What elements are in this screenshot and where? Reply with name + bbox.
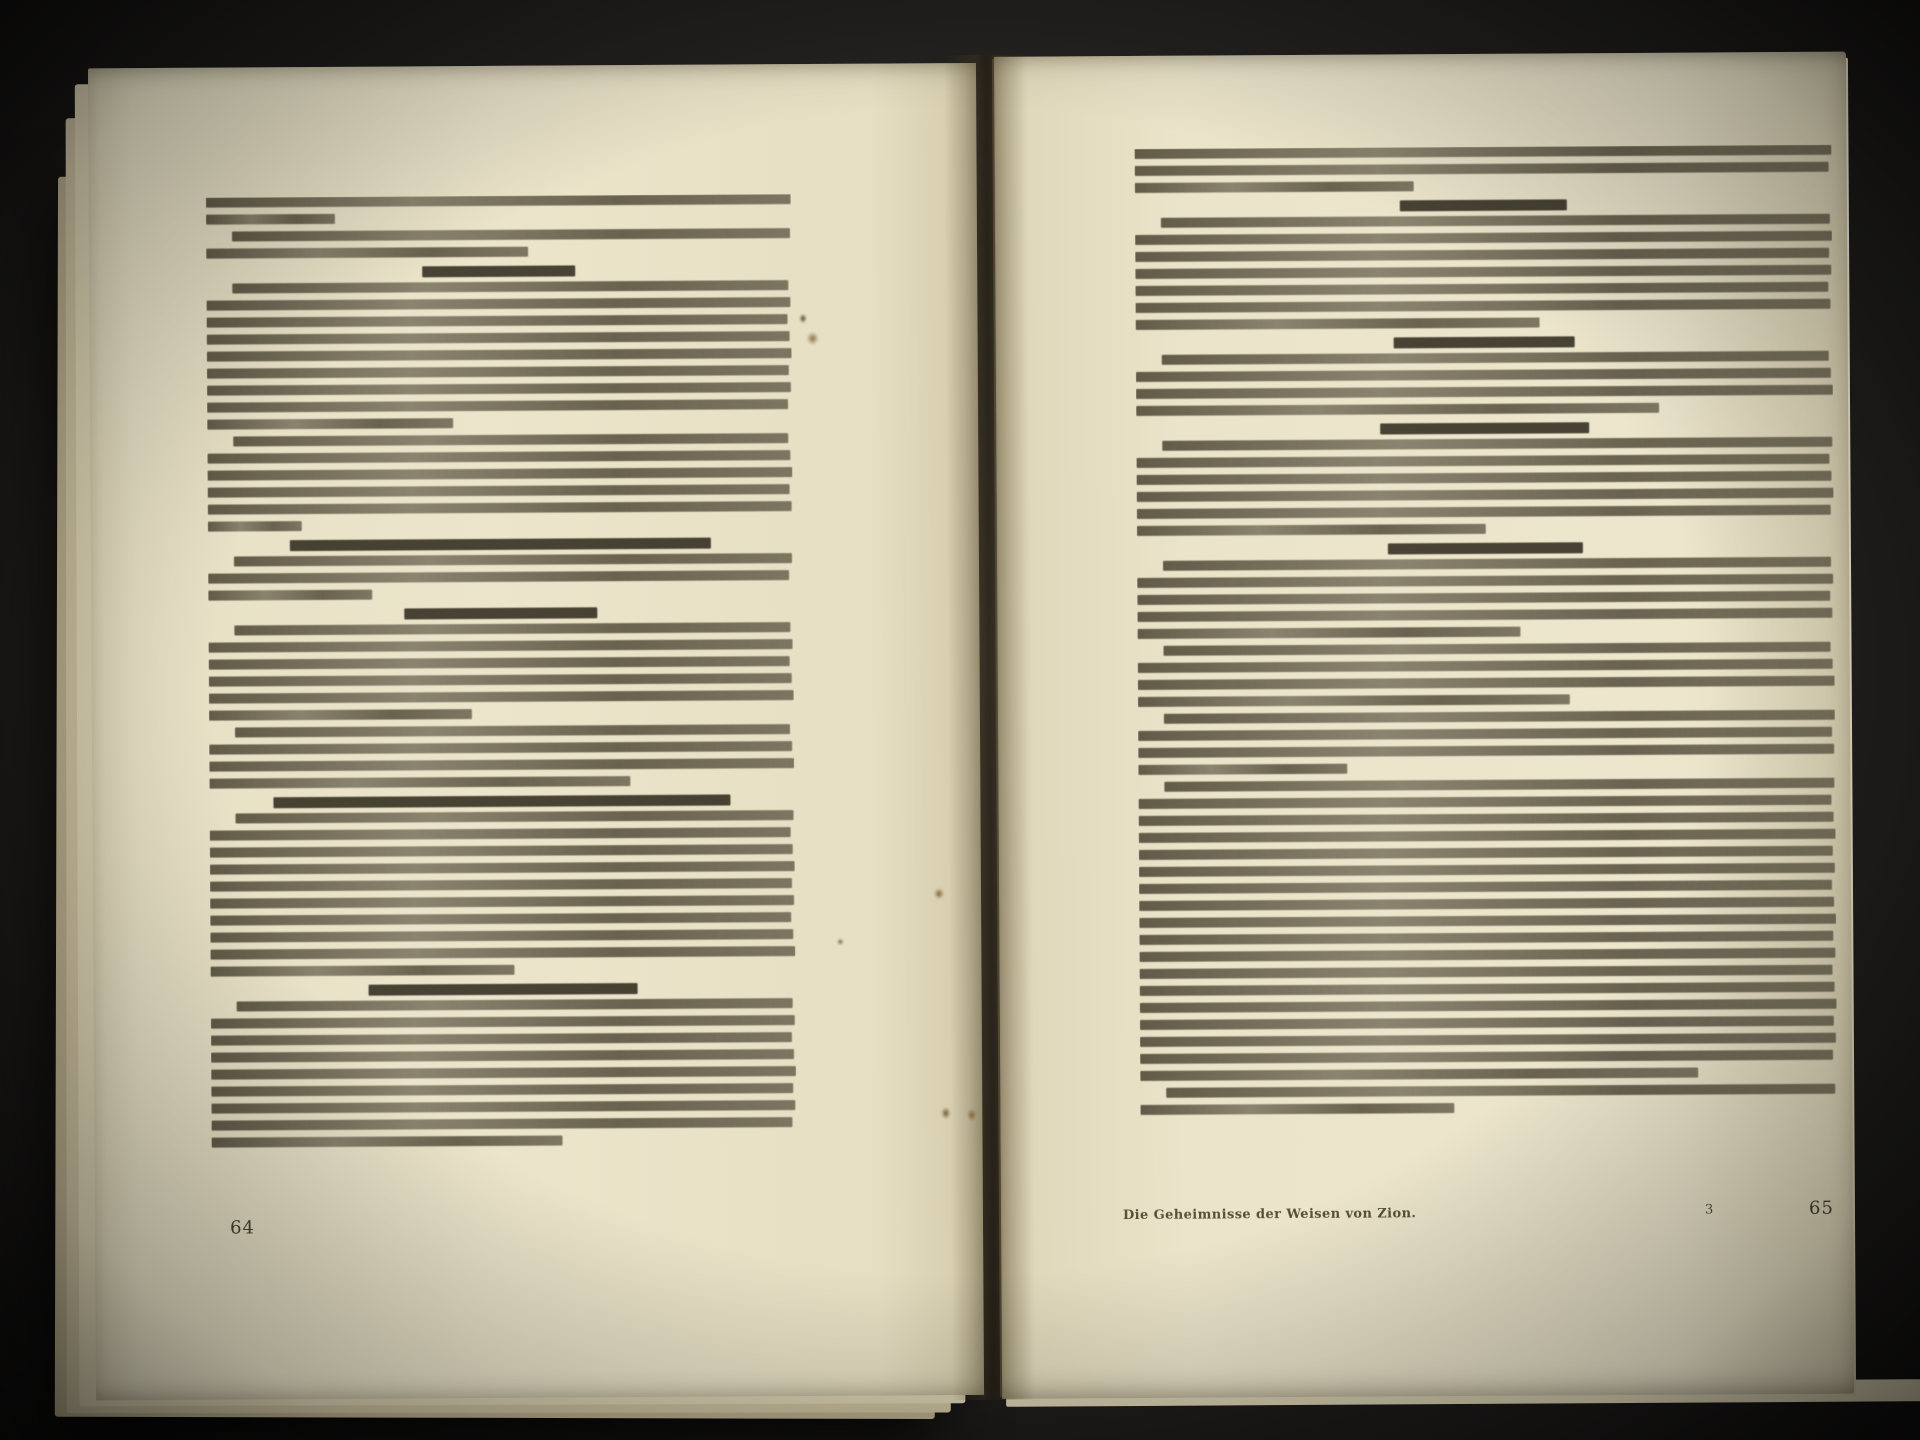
text-line-placeholder — [206, 314, 787, 328]
text-line-placeholder — [207, 467, 792, 481]
foxing-spot — [807, 332, 819, 345]
text-line-placeholder — [1140, 1103, 1454, 1115]
text-line-placeholder — [232, 228, 790, 241]
text-line-placeholder — [211, 1083, 793, 1097]
text-line-placeholder — [210, 844, 793, 858]
foxing-spot — [934, 888, 944, 899]
text-line-placeholder — [209, 758, 794, 772]
text-line-placeholder — [1135, 299, 1830, 313]
text-line-placeholder — [1135, 181, 1414, 193]
left-page: 64 — [88, 63, 984, 1400]
right-page: Die Geheimnisse der Weisen von Zion. 3 6… — [994, 52, 1854, 1399]
text-line-placeholder — [210, 929, 793, 943]
text-line-placeholder — [207, 418, 453, 430]
text-line-placeholder — [207, 399, 788, 413]
book-photograph: 64 Die Geheimnisse der Weisen von Zion. … — [0, 0, 1920, 1440]
page-gutter-shadow — [944, 55, 1036, 1400]
text-line-placeholder — [208, 484, 790, 498]
text-line-placeholder — [1140, 999, 1837, 1013]
text-line-placeholder — [1138, 659, 1833, 673]
section-heading-placeholder — [423, 265, 575, 277]
text-line-placeholder — [1136, 318, 1540, 330]
text-line-placeholder — [1140, 982, 1835, 996]
text-line-placeholder — [1161, 214, 1830, 228]
text-line-placeholder — [1135, 231, 1832, 245]
left-page-text-block — [206, 194, 797, 1216]
text-line-placeholder — [1166, 1084, 1835, 1098]
text-line-placeholder — [210, 965, 514, 977]
text-line-placeholder — [207, 382, 791, 396]
text-line-placeholder — [1137, 524, 1486, 536]
text-line-placeholder — [1136, 471, 1831, 485]
text-line-placeholder — [1136, 368, 1831, 382]
text-line-placeholder — [211, 1066, 796, 1080]
text-line-placeholder — [1137, 627, 1520, 639]
section-heading-placeholder — [1394, 336, 1575, 348]
text-line-placeholder — [232, 280, 788, 293]
section-heading-placeholder — [1380, 422, 1589, 434]
text-line-placeholder — [1139, 965, 1832, 979]
text-line-placeholder — [1136, 385, 1833, 399]
right-page-text-block — [1134, 145, 1837, 1189]
page-number-right: 65 — [1809, 1198, 1834, 1219]
foxing-spot — [837, 939, 843, 945]
section-heading-placeholder — [369, 983, 638, 996]
text-line-placeholder — [1164, 642, 1831, 656]
text-line-placeholder — [234, 622, 790, 635]
text-line-placeholder — [237, 998, 793, 1011]
text-line-placeholder — [1140, 1033, 1836, 1047]
section-heading-placeholder — [274, 794, 730, 808]
open-book: 64 Die Geheimnisse der Weisen von Zion. … — [86, 50, 1854, 1406]
running-title: Die Geheimnisse der Weisen von Zion. — [1123, 1206, 1416, 1223]
text-line-placeholder — [234, 553, 792, 566]
text-line-placeholder — [1138, 727, 1832, 741]
text-line-placeholder — [1135, 248, 1829, 262]
text-line-placeholder — [207, 331, 790, 345]
text-line-placeholder — [1139, 880, 1832, 894]
text-line-placeholder — [1134, 145, 1831, 159]
text-line-placeholder — [1162, 437, 1832, 451]
text-line-placeholder — [208, 521, 302, 532]
text-line-placeholder — [206, 214, 335, 225]
text-line-placeholder — [209, 776, 630, 789]
text-line-placeholder — [209, 741, 792, 755]
text-line-placeholder — [209, 709, 472, 721]
text-line-placeholder — [1139, 846, 1833, 860]
text-line-placeholder — [1136, 454, 1829, 468]
text-line-placeholder — [206, 247, 528, 259]
text-line-placeholder — [210, 878, 792, 892]
text-line-placeholder — [1138, 764, 1347, 775]
text-line-placeholder — [1163, 557, 1831, 571]
section-heading-placeholder — [290, 538, 711, 552]
text-line-placeholder — [210, 912, 791, 926]
text-line-placeholder — [210, 861, 795, 875]
text-line-placeholder — [1140, 1050, 1833, 1064]
text-line-placeholder — [1137, 591, 1830, 605]
text-line-placeholder — [207, 450, 790, 464]
text-line-placeholder — [1164, 778, 1834, 792]
text-line-placeholder — [1164, 710, 1835, 724]
text-line-placeholder — [207, 365, 789, 379]
text-line-placeholder — [1139, 914, 1836, 928]
section-heading-placeholder — [1400, 199, 1567, 211]
text-line-placeholder — [235, 724, 790, 737]
foxing-spot — [941, 1107, 950, 1119]
text-line-placeholder — [211, 1117, 792, 1131]
text-line-placeholder — [1139, 897, 1834, 911]
text-line-placeholder — [1138, 694, 1570, 707]
text-line-placeholder — [1135, 265, 1831, 279]
text-line-placeholder — [206, 297, 790, 311]
text-line-placeholder — [1138, 676, 1835, 690]
text-line-placeholder — [211, 1135, 562, 1147]
text-line-placeholder — [1139, 948, 1835, 962]
text-line-placeholder — [1140, 1016, 1834, 1030]
text-line-placeholder — [1135, 282, 1828, 296]
text-line-placeholder — [233, 433, 788, 446]
text-line-placeholder — [1138, 795, 1831, 809]
text-line-placeholder — [208, 501, 792, 515]
text-line-placeholder — [1162, 351, 1829, 365]
text-line-placeholder — [210, 946, 795, 960]
foxing-spot — [799, 314, 806, 323]
text-line-placeholder — [211, 1032, 792, 1046]
text-line-placeholder — [1137, 574, 1833, 588]
text-line-placeholder — [211, 1049, 794, 1063]
text-line-placeholder — [1138, 744, 1834, 758]
text-line-placeholder — [1136, 403, 1659, 416]
text-line-placeholder — [210, 895, 794, 909]
text-line-placeholder — [208, 570, 789, 584]
text-line-placeholder — [210, 827, 791, 841]
text-line-placeholder — [206, 194, 791, 208]
text-line-placeholder — [209, 656, 790, 670]
text-line-placeholder — [211, 1015, 795, 1029]
section-heading-placeholder — [1388, 542, 1583, 554]
text-line-placeholder — [1140, 1068, 1698, 1081]
text-line-placeholder — [1135, 162, 1829, 176]
text-line-placeholder — [211, 1100, 795, 1114]
text-line-placeholder — [1137, 488, 1834, 502]
text-line-placeholder — [236, 810, 794, 823]
page-number-left: 64 — [230, 1217, 255, 1238]
text-line-placeholder — [208, 639, 792, 653]
text-line-placeholder — [1139, 931, 1833, 945]
text-line-placeholder — [209, 690, 794, 704]
text-line-placeholder — [1137, 505, 1831, 519]
signature-mark: 3 — [1705, 1202, 1713, 1217]
foxing-spot — [967, 1109, 976, 1121]
text-line-placeholder — [1139, 829, 1836, 843]
text-line-placeholder — [1137, 608, 1832, 622]
text-line-placeholder — [1139, 863, 1835, 877]
text-line-placeholder — [1139, 812, 1834, 826]
text-line-placeholder — [209, 673, 792, 687]
text-line-placeholder — [208, 590, 372, 601]
text-line-placeholder — [207, 348, 792, 362]
section-heading-placeholder — [404, 607, 597, 619]
